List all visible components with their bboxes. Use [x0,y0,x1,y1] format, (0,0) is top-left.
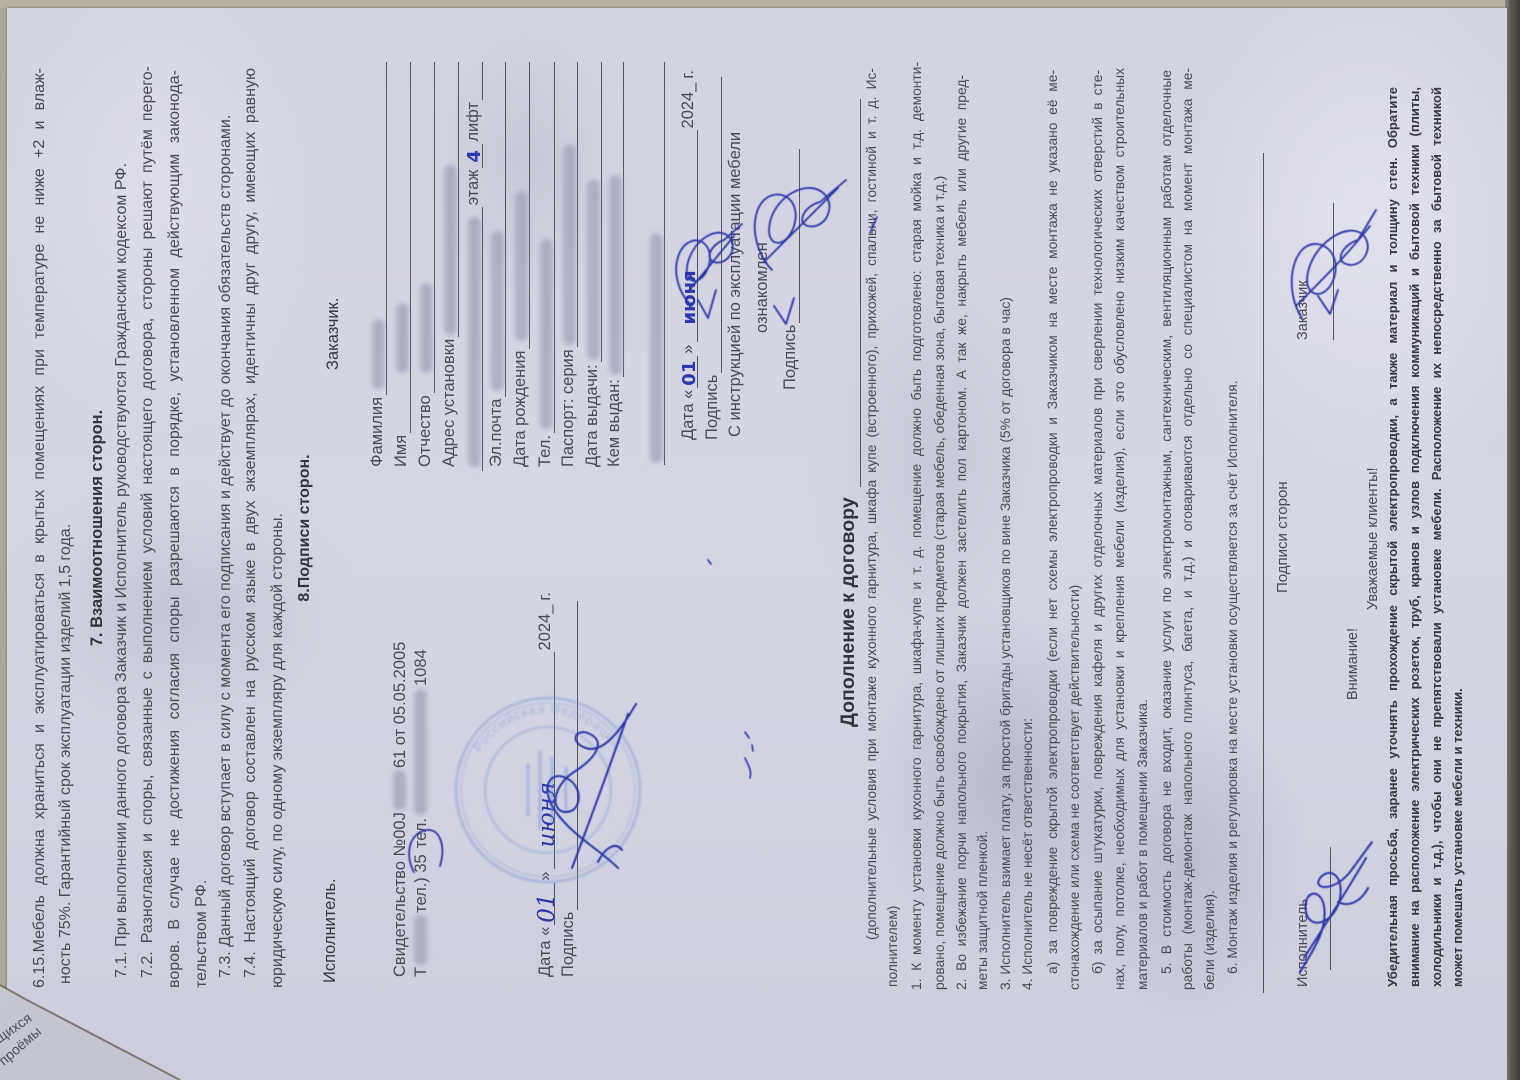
customer-title: Заказчик. [323,298,343,370]
executor-signature-label: Исполнитель [1293,899,1313,987]
redacted-certificate-number [390,768,410,812]
date-month-line: июня [537,652,555,869]
customer-field-address: Адрес установки [439,60,459,467]
addendum-item-6: 6. Монтаж изделия и регулировка на месте… [1223,380,1243,974]
signature-line [560,601,578,910]
separator-line [1263,153,1264,993]
redaction-blur [420,283,433,373]
field-line [584,62,602,362]
acknowledged-label: ознакомлен [752,242,772,333]
handwritten-floor: 4 [465,150,485,163]
addendum-item-3: 3. Исполнитель взимает плату, за простой… [996,297,1016,990]
lift-label: лифт [463,102,483,142]
redaction-blur [609,175,622,375]
customer-field-email: Эл.почта [486,60,506,467]
section-7-heading: 7. Взаимоотношения сторон. [87,68,107,988]
signature-label: Подпись [558,912,578,977]
date-year-suffix: г. [678,70,698,79]
redacted-phone-1 [411,913,431,967]
addendum-line: работы (монтаж-демонтаж напольного плинт… [1178,68,1198,990]
handwritten-month: июня [537,782,557,847]
field-line [512,62,530,349]
date-day-line: 01 [537,883,555,925]
clause-6-15-line-2: ность 75%. Гарантийный срок эксплуатации… [56,524,76,984]
lift-line [465,62,483,100]
customer-signature-line [1333,203,1334,340]
contract-page: 6.15.Мебель должна храниться и эксплуати… [7,8,1507,1080]
instructions-acknowledgement: С инструкцией по эксплуатации мебели [725,132,745,437]
customer-field-birth-date: Дата рождения [510,60,530,467]
redaction-blur [468,217,481,467]
greeting-label: Уважаемые клиенты! [1363,467,1383,610]
clause-7-4-line-1: 7.4. Настоящий договор составлен на русс… [241,68,261,978]
field-line [606,62,624,377]
customer-date: Дата « 01 » июня 2024_ г. [678,70,698,440]
customer-field-issue-date: Дата выдачи: [582,60,602,467]
date-year: 2024_ [535,605,555,651]
redaction-blur [491,231,504,391]
addendum-title-line [838,99,861,487]
addendum-item-4: 4. Исполнитель не несёт ответственности: [1018,718,1038,990]
notice-line: Убедительная просьба, заранее уточнять п… [1383,87,1403,987]
executor-signature-line [1330,847,1331,970]
clause-7-2-line-2: воров. В случае не достижения согласия с… [165,70,185,988]
field-label: Дата рождения [510,351,530,467]
customer-field-surname: Фамилия [367,60,387,467]
customer-field-passport: Паспорт: серия [558,60,578,467]
executor-title: Исполнитель. [320,878,340,983]
field-line [441,62,459,337]
date-year: 2024_ [678,83,698,129]
field-label: Паспорт: серия [558,349,578,467]
attention-label: Внимание! [1343,628,1363,700]
field-line [537,62,555,433]
clause-6-15-line-1: 6.15.Мебель должна храниться и эксплуати… [30,68,50,988]
field-line [560,62,578,347]
addendum-title: Дополнение к договору [835,497,861,727]
notice-line: внимание на расположение электрических р… [1405,87,1425,987]
redaction-blur [372,319,385,389]
addendum-line: нах, полу, потолке, необходимых для уста… [1110,68,1130,990]
handwritten-month: июня [680,270,700,324]
addendum-item-1: 1. К моменту установки кухонного гарниту… [907,62,927,990]
notice-line: холодильники и т.д.), чтобы они не препя… [1427,87,1447,987]
addendum-line: полнителем) [883,906,903,987]
field-label: Имя [391,435,411,467]
field-label: Дата выдачи: [582,364,602,467]
customer-address-line-2: этаж 4 лифт [463,60,483,473]
signature-line [704,77,722,373]
date-label: Дата « [678,390,698,440]
floor-line: 4 [465,144,483,168]
date-quote-close: » [535,872,555,881]
background-edge [1505,0,1520,1080]
field-label: Фамилия [367,397,387,467]
date-label: Дата « [535,927,555,977]
notice-line: может помешать установке мебели и техник… [1448,688,1468,987]
date-month-line: июня [680,130,698,342]
executor-phones: Т тел.) 35 тел. 1084 [411,649,431,977]
field-line [369,62,387,395]
customer-signature: Подпись [702,75,722,440]
phone-label-2: тел. [411,818,431,848]
certificate-suffix: 61 от 05.05.2005 [390,642,410,768]
redaction-blur [393,770,406,810]
clause-7-3: 7.3. Данный договор вступает в силу с мо… [216,115,236,978]
customer-field-phone: Тел. [535,60,555,467]
field-label: Отчество [415,395,435,467]
phone-prefix: Т [411,967,431,977]
executor-certificate: Свидетельство №00J 61 от 05.05.2005 [390,642,410,977]
redaction-blur [563,145,576,345]
addendum-item-4a: а) за повреждение скрытой электропроводк… [1043,70,1063,974]
addendum-line: (дополнительные условия при монтаже кухо… [862,68,882,940]
addendum-line: стонахождение или схема не соответствует… [1065,585,1085,990]
addendum-item-2: 2. Во избежание порчи напольного покрыти… [952,75,972,990]
field-label: Кем выдан: [604,379,624,467]
field-line [488,62,506,397]
customer-signature-label: Заказчик [1293,280,1313,340]
executor-signature: Подпись [558,599,578,977]
handwritten-day: 01 [537,893,557,922]
field-line [417,62,435,393]
redaction-blur [444,165,457,335]
addendum-line: материалов и работ в помещении Заказчика… [1133,699,1153,990]
customer-field-issued-by-continued [645,60,665,467]
section-8-heading: 8.Подписи сторон. [295,68,315,988]
signature-label: Подпись [702,375,722,440]
addendum-item-4b: б) за осыпание штукатурки, повреждения к… [1088,70,1108,974]
addendum-line: ровано, помещение должно быть освобожден… [930,176,950,990]
redacted-phone-2 [411,686,431,818]
certificate-prefix: Свидетельство №00J [390,812,410,977]
field-line [647,62,665,465]
redaction-blur [396,303,409,373]
redaction-blur [515,191,528,341]
floor-label: этаж [463,170,483,206]
customer-field-issued-by: Кем выдан: [604,60,624,467]
customer-field-first-name: Имя [391,60,411,467]
phone-part-1: тел.) 35 [411,854,431,913]
date-year-suffix: г. [535,592,555,601]
address-line-2 [465,207,483,471]
phone-suffix: 1084 [411,649,431,686]
executor-date: Дата « 01 » июня 2024_ г. [535,592,555,977]
field-label: Адрес установки [439,339,459,467]
addendum-line: бели (изделия). [1200,890,1220,990]
redaction-blur [414,915,427,965]
signature-line [782,149,800,323]
clause-7-2-line-1: 7.2. Разногласия и споры, связанные с вы… [138,66,158,978]
clause-7-1: 7.1. При выполнении данного договора Зак… [112,163,132,978]
instructions-signature: Подпись [780,147,800,390]
addendum-item-5: 5. В стоимость договора не входит, оказа… [1157,70,1177,974]
signature-label: Подпись [780,325,800,390]
field-label: Эл.почта [486,399,506,467]
date-day-line: 01 [680,356,698,388]
field-line [393,62,411,433]
redaction-blur [650,233,663,463]
date-quote-close: » [678,345,698,354]
field-label: Тел. [535,435,555,467]
signatures-heading: Подписи сторон [1273,481,1293,593]
redaction-blur [414,689,427,815]
handwritten-day: 01 [680,361,700,386]
clause-7-4-line-2: юридическую силу, по одному экземпляру д… [268,513,288,988]
clause-7-2-line-3: тельством РФ. [192,880,212,988]
redaction-blur [540,239,553,429]
customer-field-patronymic: Отчество [415,60,435,467]
addendum-line: меты защитной пленкой. [973,831,993,990]
redaction-blur [587,180,600,360]
addendum-heading: Дополнение к договору [835,97,861,727]
photo-of-contract-page: 6.15.Мебель должна храниться и эксплуати… [0,0,1520,1080]
